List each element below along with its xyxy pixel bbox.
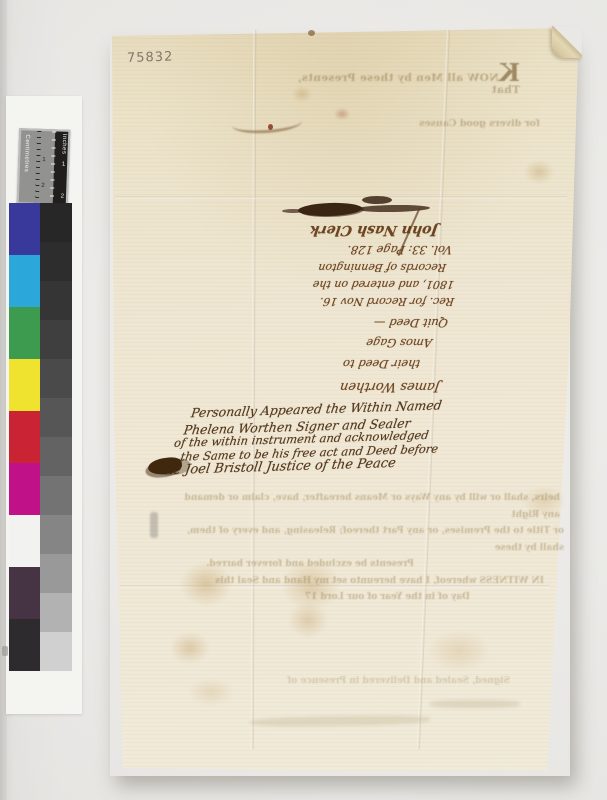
yellow-swatch	[9, 359, 40, 411]
text-line: Amos Gage	[257, 333, 434, 353]
cm-number-2: 2	[41, 183, 45, 189]
text-line: their Deed to	[257, 354, 422, 374]
black-swatch	[9, 619, 40, 671]
faint-smudge	[430, 700, 520, 708]
acknowledgment-text: Personally Appeared the Within NamedPhel…	[157, 397, 499, 478]
inches-label: Inches	[60, 134, 67, 155]
red-swatch	[9, 411, 40, 463]
dark-violet-swatch	[9, 567, 40, 619]
text-line: 1801, and entered on the	[257, 276, 455, 293]
text-line: Quit Deed —	[257, 313, 450, 333]
gray-step-4-swatch	[40, 320, 72, 359]
cm-number-1: 1	[42, 157, 46, 163]
inch-number-2: 2	[61, 194, 65, 200]
gray-streak	[150, 512, 158, 538]
white-swatch	[9, 515, 40, 567]
gray-step-10-swatch	[40, 554, 72, 593]
stain	[334, 108, 350, 120]
cyan-swatch	[9, 255, 40, 307]
text-line: IN WITNESS whereof, I have hereunto set …	[168, 573, 544, 590]
text-line: or Title to the Premises, or any Part th…	[168, 523, 564, 556]
text-line: Rec. for Record Nov 16.	[257, 293, 455, 310]
ink-blot	[362, 196, 392, 204]
stain	[428, 630, 490, 672]
centimetres-label: Centimetres	[23, 134, 30, 172]
text-line: James Worthen	[257, 376, 442, 396]
showthrough-printed-fragment: for divers good Causes	[390, 118, 540, 129]
stain	[524, 160, 554, 184]
gray-step-2-swatch	[40, 242, 72, 281]
stain	[170, 632, 210, 664]
showthrough-printed-footer: Signed, Sealed and Delivered in Presence…	[180, 676, 510, 686]
docket-endorsement-upside-down: James Worthentheir Deed toAmos GageQuit …	[258, 196, 454, 396]
ink-speck	[308, 30, 315, 36]
catalog-number-pencil: 75832	[127, 49, 187, 66]
gray-step-9-swatch	[40, 515, 72, 554]
inch-number-1: 1	[62, 162, 66, 168]
showthrough-printed-heading: KNOW all Men by these Presents, That	[270, 68, 520, 96]
gray-step-5-swatch	[40, 359, 72, 398]
text-line: heirs, shall or will by any Ways or Mean…	[168, 490, 560, 523]
gray-step-6-swatch	[40, 398, 72, 437]
ink-blot	[282, 209, 304, 213]
gray-step-7-swatch	[40, 437, 72, 476]
gray-step-11-swatch	[40, 593, 72, 632]
text-line: Records of Bennington	[257, 259, 447, 276]
cm-tick-marks	[35, 131, 42, 203]
folded-corner	[552, 26, 582, 58]
showthrough-printed-paragraph: heirs, shall or will by any Ways or Mean…	[168, 490, 564, 606]
royal-blue-swatch	[9, 203, 40, 255]
ruler-card: Inches Centimetres 1 2 1 2	[17, 128, 71, 206]
gray-step-8-swatch	[40, 476, 72, 515]
gray-step-12-swatch	[40, 632, 72, 671]
stain	[288, 602, 328, 638]
text-line: Vol. 33: Page 128.	[257, 241, 454, 259]
color-swatch-column	[9, 203, 40, 671]
magenta-swatch	[9, 463, 40, 515]
green-swatch	[9, 307, 40, 359]
background-speck	[2, 646, 8, 656]
text-line: Day of in the Year of our Lord 17	[168, 589, 470, 606]
gray-step-3-swatch	[40, 281, 72, 320]
gray-step-1-swatch	[40, 203, 72, 242]
text-line: Presents be excluded and forever barred.	[168, 556, 414, 573]
grayscale-column	[40, 203, 72, 671]
manuscript-page	[105, 22, 583, 776]
